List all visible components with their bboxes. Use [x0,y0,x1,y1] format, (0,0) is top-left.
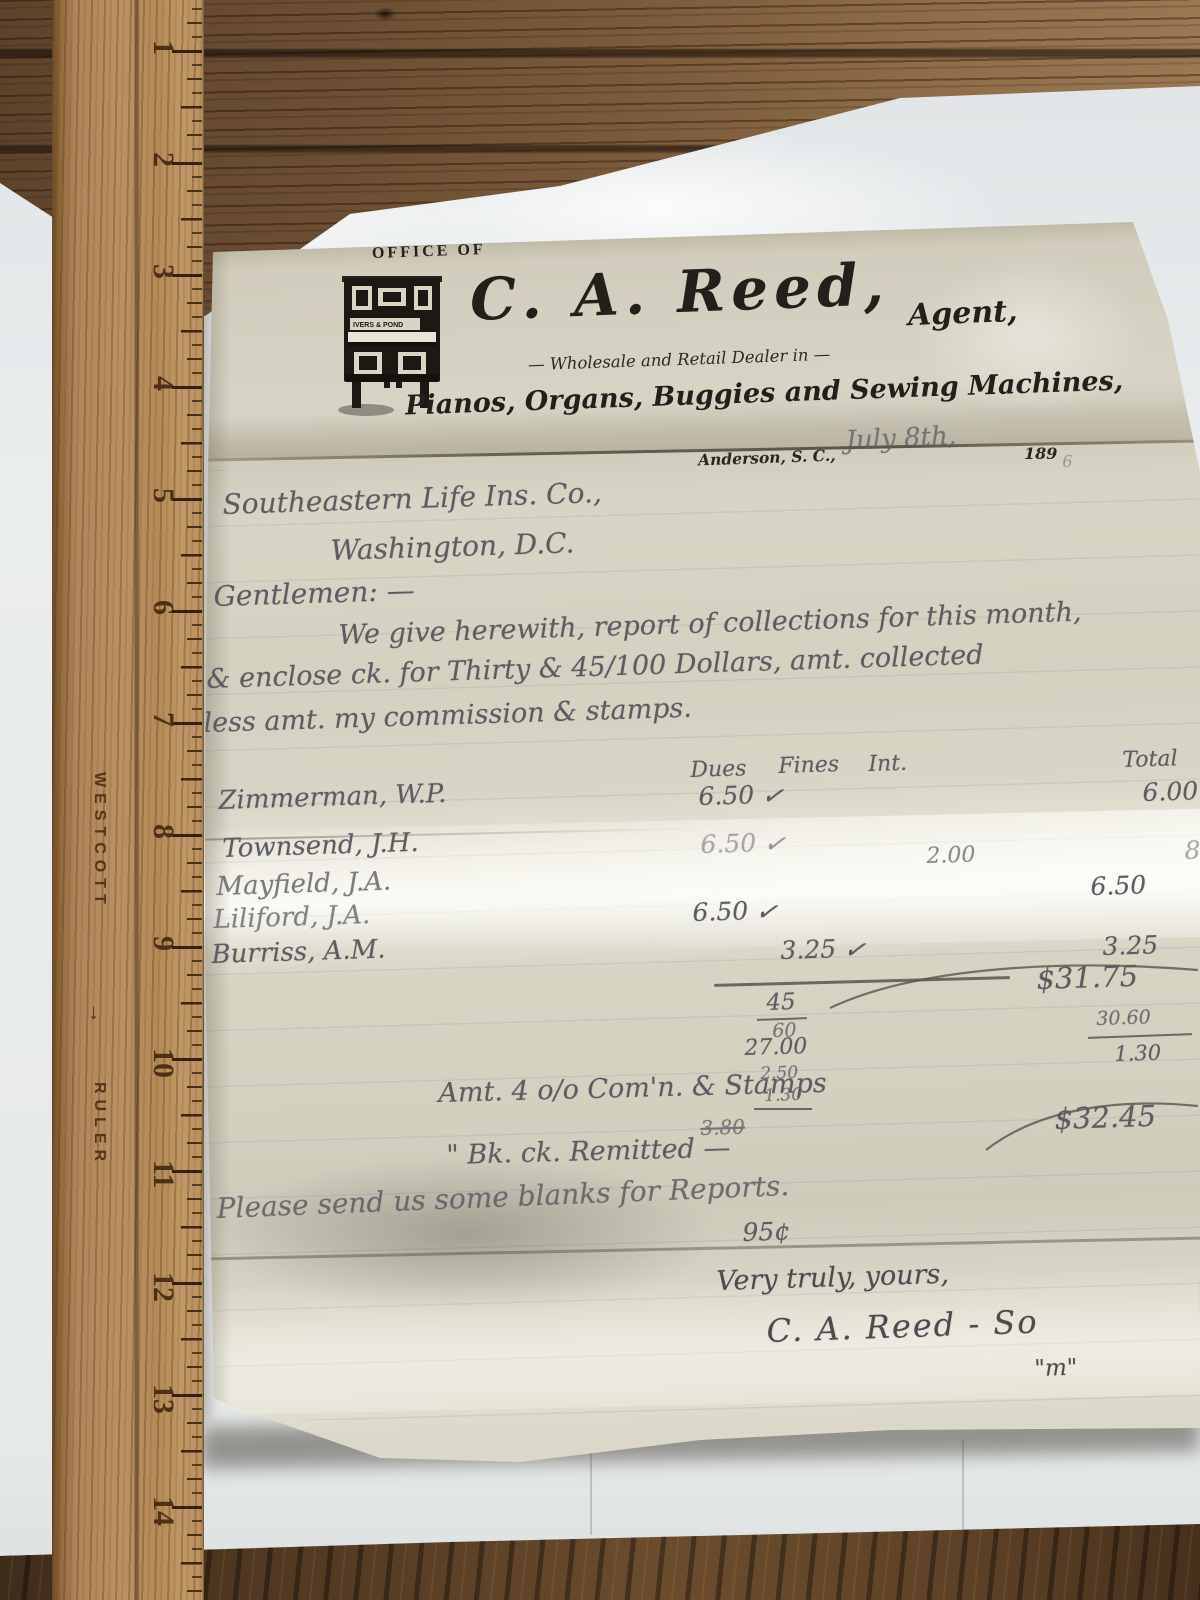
photograph-of-letter: OFFICE OF IVERS & POND C. A. Re [0,0,1200,1600]
cents-note: 95¢ [742,1217,791,1247]
col-header-total: Total [1122,746,1178,773]
letterhead-title: Agent, [907,294,1018,333]
ruler-number: 1 [146,40,180,55]
table-row-name: Liliford, J.A. [213,900,371,935]
ruler-number: 14 [146,1496,180,1526]
ruler-number: 9 [146,936,180,951]
total-bracket-curves [800,930,1200,1170]
dealer-line: — Wholesale and Retail Dealer in — [528,345,831,375]
letterhead-name: C. A. Reed, [469,250,891,334]
ruler-number: 3 [146,264,180,279]
year-digit: 6 [1062,452,1073,471]
ruler-number: 4 [146,376,180,391]
down-arrow-icon: → [84,1002,110,1024]
piano-brand-text: IVERS & POND [353,322,403,329]
ruler-number: 5 [146,488,180,503]
check-icon: ✓ [762,828,788,861]
table-row-name: Townsend, J.H. [222,828,419,864]
table-row-name: Mayfield, J.A. [216,867,392,902]
ruler-label: RULER [90,1082,108,1167]
ruler-number: 12 [146,1272,180,1302]
col-header-int: Int. [868,751,907,777]
col-header-dues: Dues [690,756,747,783]
ruler: 1 2 3 4 5 6 7 8 9 10 11 12 13 14 WESTCOT… [52,0,204,1600]
table-row-total: 8.50 [1184,834,1200,865]
ruler-brand: WESTCOTT [90,772,108,910]
check-icon: ✓ [754,896,780,929]
ruler-number: 6 [146,600,180,615]
table-row-name: Burriss, A.M. [211,935,386,970]
table-row-dues: 6.50 [700,828,757,859]
ruler-number: 8 [146,824,180,839]
ruler-number: 2 [146,152,180,167]
dues-sum: 27.00 [744,1034,808,1061]
table-row-dues: 6.50 [698,780,755,811]
table-row-dues: 6.50 [692,896,749,927]
ruler-number: 10 [146,1048,180,1078]
ruler-number: 7 [146,712,180,727]
check-icon: ✓ [760,780,786,813]
initial-note: "m" [1034,1355,1078,1382]
ruler-number: 11 [146,1160,180,1188]
ruler-number: 13 [146,1384,180,1414]
table-row-fines: 2.00 [926,842,976,869]
fraction-top: 45 [766,989,796,1016]
table-row-total: 6.00 [1142,776,1199,807]
salutation: Gentlemen: — [213,574,415,613]
place-printed: Anderson, S. C., [698,446,836,470]
year-printed: 189 [1024,444,1057,463]
date-handwritten: July 8th, [845,421,957,456]
col-header-fines: Fines [778,752,840,779]
products-line: Pianos, Organs, Buggies and Sewing Machi… [405,365,1124,421]
top-right-glare [900,250,1160,440]
table-row-total: 6.50 [1090,870,1147,901]
